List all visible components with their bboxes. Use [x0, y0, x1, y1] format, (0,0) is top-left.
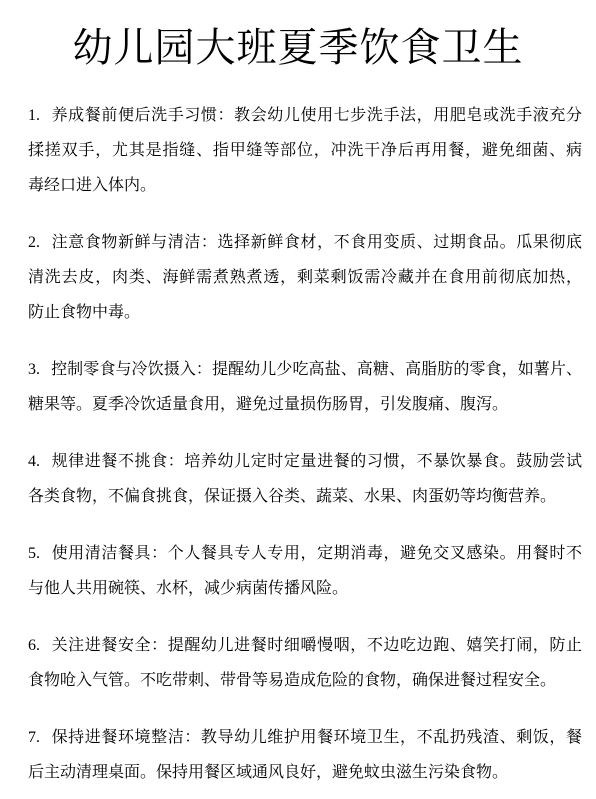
list-number: 2.: [28, 234, 40, 251]
paragraph-line: 后主动清理桌面。保持用餐区域通风良好，避免蚊虫滋生污染食物。: [28, 755, 582, 790]
list-number: 1.: [28, 107, 40, 124]
paragraph-line: 6.关注进餐安全：提醒幼儿进餐时细嚼慢咽，不边吃边跑、嬉笑打闹，防止: [28, 628, 582, 663]
paragraph: 1.养成餐前便后洗手习惯：教会幼儿使用七步洗手法，用肥皂或洗手液充分揉搓双手，尤…: [28, 98, 582, 203]
paragraph-line: 揉搓双手，尤其是指缝、指甲缝等部位，冲洗干净后再用餐，避免细菌、病: [28, 133, 582, 168]
paragraph-line: 与他人共用碗筷、水杯，减少病菌传播风险。: [28, 571, 582, 606]
paragraph-line: 1.养成餐前便后洗手习惯：教会幼儿使用七步洗手法，用肥皂或洗手液充分: [28, 98, 582, 133]
paragraph-text: 养成餐前便后洗手习惯：教会幼儿使用七步洗手法，用肥皂或洗手液充分: [51, 107, 582, 124]
paragraph-text: 关注进餐安全：提醒幼儿进餐时细嚼慢咽，不边吃边跑、嬉笑打闹，防止: [51, 637, 582, 654]
document-title: 幼儿园大班夏季饮食卫生: [0, 24, 596, 72]
list-number: 7.: [28, 729, 40, 746]
paragraph-line: 防止食物中毒。: [28, 295, 582, 330]
paragraph-text: 保持进餐环境整洁：教导幼儿维护用餐环境卫生，不乱扔残渣、剩饭，餐: [51, 729, 582, 746]
list-number: 6.: [28, 637, 40, 654]
list-number: 3.: [28, 361, 40, 378]
paragraph: 6.关注进餐安全：提醒幼儿进餐时细嚼慢咽，不边吃边跑、嬉笑打闹，防止食物呛入气管…: [28, 628, 582, 698]
paragraph-line: 糖果等。夏季冷饮适量食用，避免过量损伤肠胃，引发腹痛、腹泻。: [28, 387, 582, 422]
list-number: 5.: [28, 545, 40, 562]
list-number: 4.: [28, 453, 40, 470]
page-container: 幼儿园大班夏季饮食卫生 1.养成餐前便后洗手习惯：教会幼儿使用七步洗手法，用肥皂…: [0, 0, 596, 799]
paragraph-line: 7.保持进餐环境整洁：教导幼儿维护用餐环境卫生，不乱扔残渣、剩饭，餐: [28, 720, 582, 755]
paragraph: 5.使用清洁餐具：个人餐具专人专用，定期消毒，避免交叉感染。用餐时不与他人共用碗…: [28, 536, 582, 606]
paragraph-line: 5.使用清洁餐具：个人餐具专人专用，定期消毒，避免交叉感染。用餐时不: [28, 536, 582, 571]
paragraph-text: 规律进餐不挑食：培养幼儿定时定量进餐的习惯，不暴饮暴食。鼓励尝试: [51, 453, 582, 470]
paragraph-text: 控制零食与冷饮摄入：提醒幼儿少吃高盐、高糖、高脂肪的零食，如薯片、: [51, 361, 582, 378]
paragraph: 3.控制零食与冷饮摄入：提醒幼儿少吃高盐、高糖、高脂肪的零食，如薯片、糖果等。夏…: [28, 352, 582, 422]
paragraph-line: 食物呛入气管。不吃带刺、带骨等易造成危险的食物，确保进餐过程安全。: [28, 663, 582, 698]
paragraph-line: 各类食物，不偏食挑食，保证摄入谷类、蔬菜、水果、肉蛋奶等均衡营养。: [28, 479, 582, 514]
paragraph-text: 使用清洁餐具：个人餐具专人专用，定期消毒，避免交叉感染。用餐时不: [51, 545, 582, 562]
paragraph-line: 3.控制零食与冷饮摄入：提醒幼儿少吃高盐、高糖、高脂肪的零食，如薯片、: [28, 352, 582, 387]
paragraph: 7.保持进餐环境整洁：教导幼儿维护用餐环境卫生，不乱扔残渣、剩饭，餐后主动清理桌…: [28, 720, 582, 790]
paragraph: 2.注意食物新鲜与清洁：选择新鲜食材，不食用变质、过期食品。瓜果彻底清洗去皮，肉…: [28, 225, 582, 330]
paragraph-line: 毒经口进入体内。: [28, 168, 582, 203]
paragraph-text: 注意食物新鲜与清洁：选择新鲜食材，不食用变质、过期食品。瓜果彻底: [51, 234, 582, 251]
paragraph-line: 清洗去皮，肉类、海鲜需煮熟煮透，剩菜剩饭需冷藏并在食用前彻底加热，: [28, 260, 582, 295]
paragraph-line: 4.规律进餐不挑食：培养幼儿定时定量进餐的习惯，不暴饮暴食。鼓励尝试: [28, 444, 582, 479]
paragraph-line: 2.注意食物新鲜与清洁：选择新鲜食材，不食用变质、过期食品。瓜果彻底: [28, 225, 582, 260]
document-body: 1.养成餐前便后洗手习惯：教会幼儿使用七步洗手法，用肥皂或洗手液充分揉搓双手，尤…: [28, 98, 582, 790]
paragraph: 4.规律进餐不挑食：培养幼儿定时定量进餐的习惯，不暴饮暴食。鼓励尝试各类食物，不…: [28, 444, 582, 514]
